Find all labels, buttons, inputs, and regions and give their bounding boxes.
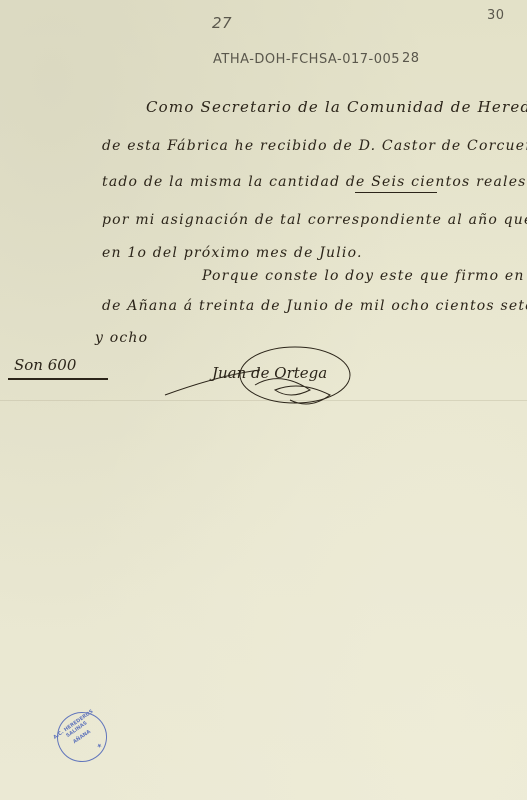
amount-underline [355, 192, 437, 193]
stamp-star-icon: ★ [95, 742, 103, 751]
archive-reference-page: 28 [402, 51, 420, 66]
document-page: 27 30 ATHA-DOH-FCHSA-017-005 28 Como Sec… [0, 0, 527, 800]
body-line-3: tado de la misma la cantidad de Seis cie… [102, 174, 527, 190]
body-line-5: en 1o del próximo mes de Julio. [102, 245, 363, 261]
body-line-4: por mi asignación de tal correspondiente… [102, 212, 527, 228]
page-number-corner: 30 [487, 8, 505, 23]
body-line-2: de esta Fábrica he recibido de D. Castor… [102, 138, 527, 154]
archive-reference: ATHA-DOH-FCHSA-017-005 [213, 52, 400, 67]
body-line-6: Porque conste lo doy este que firmo en S… [202, 268, 527, 284]
page-number-top: 27 [212, 14, 232, 32]
body-line-1: Como Secretario de la Comunidad de Hered… [146, 98, 527, 116]
amount-text: Son 600 [14, 356, 76, 374]
archive-stamp: A.C. HEREDEROS SALINAS AÑANA ★ [47, 702, 117, 772]
body-line-8: y ocho [95, 330, 148, 346]
signature-flourish-icon [160, 340, 360, 420]
body-line-7: de Añana á treinta de Junio de mil ocho … [102, 298, 527, 314]
